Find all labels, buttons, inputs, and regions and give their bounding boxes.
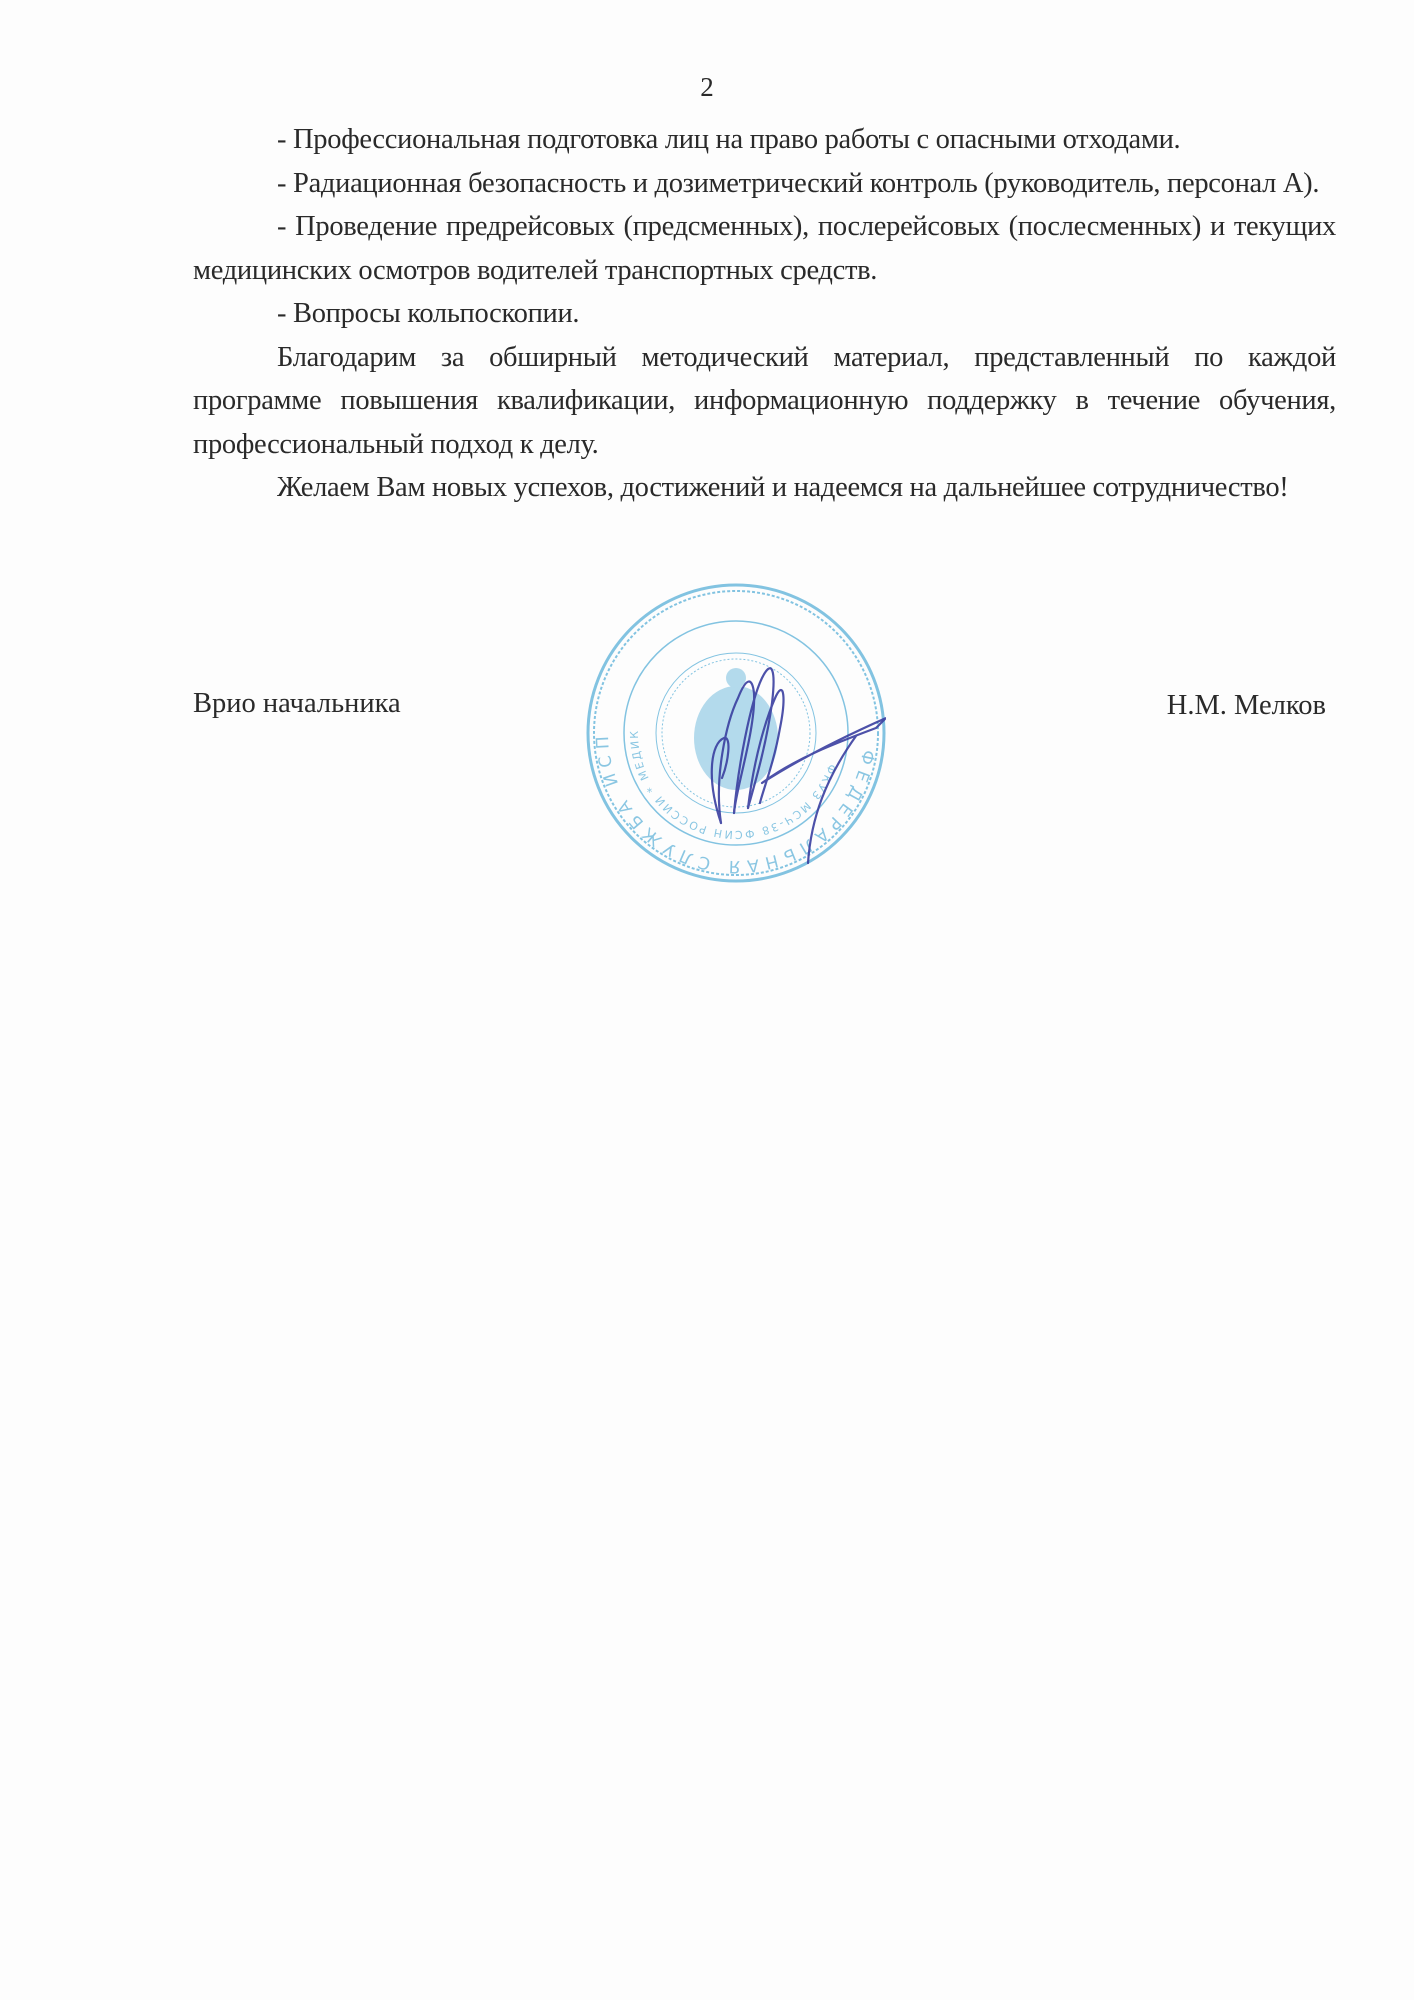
thanks-paragraph: Благодарим за обширный методический мате… <box>193 336 1336 467</box>
official-seal-icon: ФЕДЕРАЛЬНАЯ СЛУЖБА ИСПОЛНЕНИЯ НАКАЗАНИЙ … <box>586 578 886 888</box>
wishes-paragraph: Желаем Вам новых успехов, достижений и н… <box>193 466 1336 510</box>
letter-body: - Профессиональная подготовка лиц на пра… <box>193 118 1336 510</box>
signatory-title: Врио начальника <box>193 688 401 720</box>
list-item-medical-exams: - Проведение предрейсовых (предсменных),… <box>193 205 1336 292</box>
signatory-name: Н.М. Мелков <box>1167 690 1326 722</box>
page-number: 2 <box>0 72 1414 103</box>
list-item-colposcopy: - Вопросы кольпоскопии. <box>193 292 1336 336</box>
list-item-radiation-safety: - Радиационная безопасность и дозиметрич… <box>193 162 1336 206</box>
list-item-hazardous-waste: - Профессиональная подготовка лиц на пра… <box>193 118 1336 162</box>
